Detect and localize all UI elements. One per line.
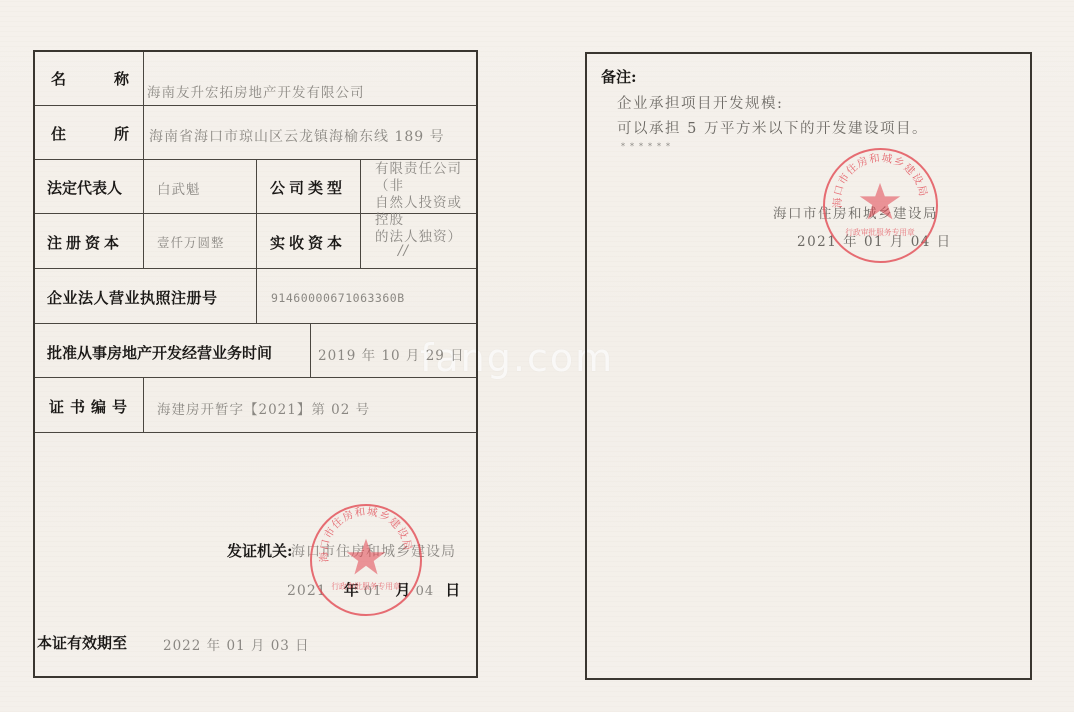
col-divider bbox=[256, 159, 257, 268]
remarks-line: 企业承担项目开发规模: bbox=[617, 92, 783, 113]
address-label-a: 住 bbox=[51, 123, 66, 144]
official-seal-stamp-right: 海口市住房和城乡建设局 行政审批服务专用章 bbox=[823, 148, 938, 263]
company-type-line: 的法人独资） bbox=[375, 229, 476, 246]
certificate-number-label: 证书编号 bbox=[49, 396, 133, 417]
address-label-b: 所 bbox=[114, 123, 129, 144]
approval-date-label: 批准从事房地产开发经营业务时间 bbox=[47, 342, 272, 363]
star-icon bbox=[347, 539, 386, 575]
day-char: 日 bbox=[445, 581, 460, 599]
name-label: 名 称 bbox=[51, 68, 129, 89]
company-type-label: 公司类型 bbox=[270, 177, 346, 198]
seal-graphic: 海口市住房和城乡建设局 行政审批服务专用章 bbox=[312, 506, 420, 614]
registered-capital-label: 注册资本 bbox=[47, 232, 123, 253]
remarks-line: 可以承担 5 万平方米以下的开发建设项目。 bbox=[617, 117, 928, 138]
company-name: 海南友升宏拓房地产开发有限公司 bbox=[147, 81, 365, 101]
row-divider bbox=[35, 323, 476, 324]
seal-bottom-text: 行政审批服务专用章 bbox=[845, 227, 915, 237]
col-divider bbox=[360, 159, 361, 268]
seal-graphic: 海口市住房和城乡建设局 行政审批服务专用章 bbox=[825, 150, 936, 261]
right-page: 备注: 企业承担项目开发规模: 可以承担 5 万平方米以下的开发建设项目。 **… bbox=[585, 52, 1032, 680]
row-divider bbox=[35, 377, 476, 378]
seal-bottom-text: 行政审批服务专用章 bbox=[331, 581, 401, 591]
col-divider bbox=[256, 268, 257, 323]
name-label-b: 称 bbox=[114, 68, 129, 89]
col-divider bbox=[143, 52, 144, 268]
name-label-a: 名 bbox=[51, 68, 66, 89]
row-divider bbox=[35, 105, 476, 106]
approval-date-value: 2019 年 10 月 29 日 bbox=[318, 344, 465, 364]
col-divider bbox=[310, 323, 311, 377]
issuer-label: 发证机关: bbox=[227, 540, 293, 561]
company-address: 海南省海口市琼山区云龙镇海榆东线 189 号 bbox=[149, 126, 445, 146]
company-type-line: 自然人投资或控股 bbox=[375, 195, 476, 229]
legal-rep-value: 白武魁 bbox=[157, 178, 201, 198]
row-divider bbox=[35, 432, 476, 433]
company-type-line: 有限责任公司（非 bbox=[375, 161, 476, 195]
col-divider bbox=[143, 377, 144, 432]
registered-capital-value: 壹仟万圆整 bbox=[157, 233, 225, 251]
terminator-stars: ****** bbox=[621, 142, 675, 151]
paid-capital-value: // bbox=[398, 243, 409, 259]
license-number-value: 91460000671063360B bbox=[271, 291, 405, 305]
official-seal-stamp: 海口市住房和城乡建设局 行政审批服务专用章 bbox=[310, 504, 422, 616]
address-label: 住 所 bbox=[51, 123, 129, 144]
legal-rep-label: 法定代表人 bbox=[47, 177, 122, 198]
license-number-label: 企业法人营业执照注册号 bbox=[47, 287, 218, 308]
validity-value: 2022 年 01 月 03 日 bbox=[163, 634, 310, 654]
certificate-number-value: 海建房开暂字【2021】第 02 号 bbox=[157, 398, 370, 418]
remarks-title: 备注: bbox=[601, 66, 637, 87]
validity-label: 本证有效期至 bbox=[37, 632, 127, 653]
paid-capital-label: 实收资本 bbox=[270, 232, 346, 253]
star-icon bbox=[860, 183, 901, 220]
company-type-value: 有限责任公司（非 自然人投资或控股 的法人独资） bbox=[375, 161, 476, 246]
